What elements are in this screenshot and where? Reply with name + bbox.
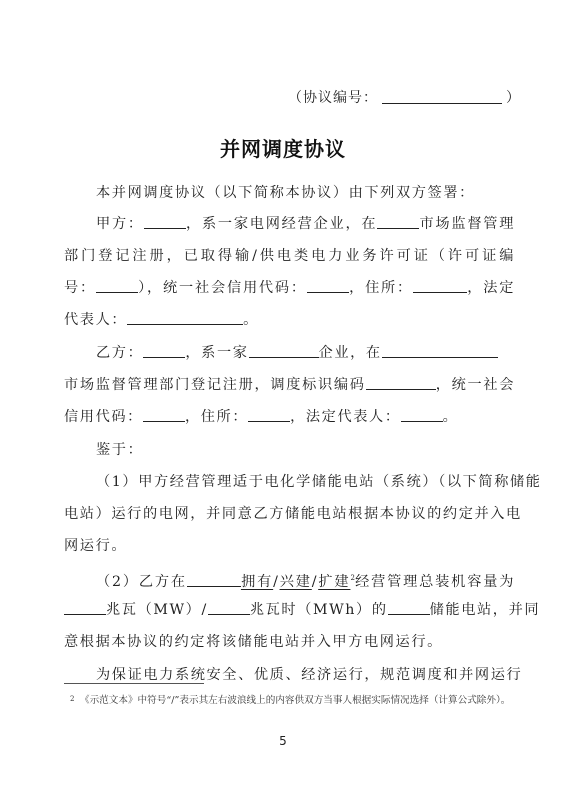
purpose-text: 为保证电力系统安全、优质、经济运行，规范调度和并网运行 bbox=[96, 665, 515, 685]
party-a-region-blank bbox=[377, 214, 419, 229]
clause-1-line-1: （1）甲方经营管理适于电化学储能电站（系统）（以下简称储能 bbox=[96, 472, 515, 492]
party-b-line-3: 信用代码：，住所：，法定代表人：。 bbox=[64, 407, 515, 427]
footnote: 2 《示范文本》中符号“/”表示其左右波浪线上的内容供双方当事人根据实际情况选择… bbox=[80, 693, 520, 709]
party-a-line-4: 代表人：。 bbox=[64, 310, 515, 330]
agreement-number: （协议编号：） bbox=[288, 87, 521, 107]
intro-text: 本并网调度协议（以下简称本协议）由下列双方签署： bbox=[96, 183, 515, 203]
agreement-number-blank bbox=[382, 89, 502, 104]
clause-2-line-1: （2）乙方在拥有/兴建/扩建2经营管理总装机容量为 bbox=[96, 568, 515, 588]
option-build: 兴建 bbox=[280, 574, 312, 590]
party-a-address-blank bbox=[413, 278, 467, 293]
party-b-credit-code-blank bbox=[143, 407, 185, 422]
capacity-mw-blank bbox=[64, 600, 106, 615]
footnote-divider bbox=[64, 683, 204, 684]
party-b-line-1: 乙方：，系一家企业，在 bbox=[96, 343, 515, 363]
clause-1-line-3: 网运行。 bbox=[64, 536, 515, 556]
capacity-mwh-blank bbox=[208, 600, 250, 615]
party-b-enterprise-type-blank bbox=[249, 343, 319, 358]
party-a-line-2: 部门登记注册，已取得输/供电类电力业务许可证（许可证编 bbox=[64, 246, 515, 266]
party-a-line-3: 号：），统一社会信用代码：，住所：，法定 bbox=[64, 278, 515, 298]
option-expand: 扩建 bbox=[318, 574, 350, 590]
party-b-region-blank bbox=[382, 343, 498, 358]
party-b-address-blank bbox=[248, 407, 290, 422]
agreement-number-suffix: ） bbox=[506, 90, 521, 106]
party-a-line-1: 甲方：，系一家电网经营企业，在市场监督管理 bbox=[96, 214, 515, 234]
agreement-number-prefix: （协议编号： bbox=[288, 90, 378, 106]
station-name-blank bbox=[388, 600, 430, 615]
clause-2-line-2: 兆瓦（MW）/兆瓦时（MWh）的储能电站，并同 bbox=[64, 600, 515, 620]
document-title: 并网调度协议 bbox=[0, 133, 566, 162]
party-b-line-2: 市场监督管理部门登记注册，调度标识编码，统一社会 bbox=[64, 375, 515, 395]
option-own: 拥有 bbox=[241, 574, 273, 590]
document-page: （协议编号：） 并网调度协议 本并网调度协议（以下简称本协议）由下列双方签署： … bbox=[0, 0, 566, 800]
party-b-name-blank bbox=[143, 343, 185, 358]
footnote-number: 2 bbox=[70, 691, 74, 707]
page-number: 5 bbox=[0, 734, 566, 748]
whereas-heading: 鉴于： bbox=[96, 440, 515, 460]
license-number-blank bbox=[96, 278, 138, 293]
party-a-credit-code-blank bbox=[307, 278, 349, 293]
party-a-name-blank bbox=[144, 214, 186, 229]
clause-2-line-3: 意根据本协议的约定将该储能电站并入甲方电网运行。 bbox=[64, 632, 515, 652]
party-a-representative-blank bbox=[127, 310, 243, 325]
dispatch-id-code-blank bbox=[366, 375, 436, 390]
party-b-representative-blank bbox=[401, 407, 443, 422]
station-location-blank bbox=[187, 572, 241, 587]
footnote-text: 《示范文本》中符号“/”表示其左右波浪线上的内容供双方当事人根据实际情况选择（计… bbox=[80, 695, 510, 706]
clause-1-line-2: 电站）运行的电网，并同意乙方储能电站根据本协议的约定并入电 bbox=[64, 504, 515, 524]
